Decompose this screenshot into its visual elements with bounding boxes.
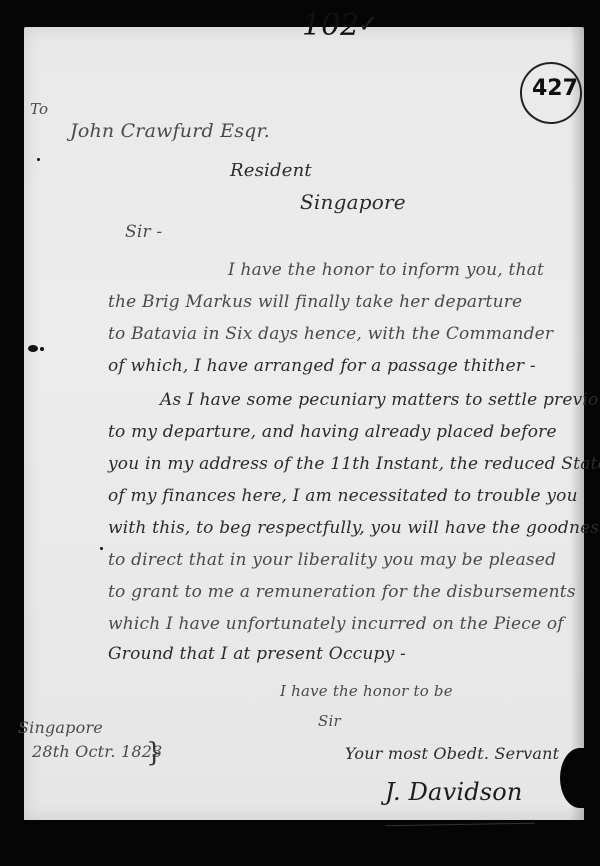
body-line-7: you in my address of the 11th Instant, t… xyxy=(108,454,600,474)
closing-line-2: Sir xyxy=(318,712,341,730)
signature: J. Davidson xyxy=(385,778,523,806)
body-line-10: to direct that in your liberality you ma… xyxy=(108,550,556,570)
recipient-title: Resident xyxy=(230,160,312,181)
page-clip-shadow xyxy=(560,748,600,808)
body-line-8: of my finances here, I am necessitated t… xyxy=(108,486,578,506)
ink-spot xyxy=(28,345,38,352)
body-line-5: As I have some pecuniary matters to sett… xyxy=(160,390,600,410)
closing-line-1: I have the honor to be xyxy=(280,682,453,700)
check-mark-icon: ✓ xyxy=(358,10,378,38)
recipient-name: John Crawfurd Esqr. xyxy=(70,120,270,142)
closing-line-3: Your most Obedt. Servant xyxy=(345,744,559,763)
recipient-place: Singapore xyxy=(300,190,406,214)
ink-spot xyxy=(40,347,44,351)
folio-number: 102 xyxy=(302,8,359,43)
letter-date: 28th Octr. 1823 xyxy=(32,742,162,761)
ink-spot xyxy=(100,547,103,550)
brace-mark: } xyxy=(146,738,163,768)
body-line-2: the Brig Markus will finally take her de… xyxy=(108,292,522,312)
archive-stamp-number: 427 xyxy=(532,76,578,101)
letter-place: Singapore xyxy=(18,718,103,737)
body-line-6: to my departure, and having already plac… xyxy=(108,422,557,442)
body-line-9: with this, to beg respectfully, you will… xyxy=(108,518,600,538)
body-line-3: to Batavia in Six days hence, with the C… xyxy=(108,324,553,344)
body-line-4: of which, I have arranged for a passage … xyxy=(108,356,536,376)
body-line-1: I have the honor to inform you, that xyxy=(228,260,544,280)
body-line-12: which I have unfortunately incurred on t… xyxy=(108,614,564,634)
body-line-13: Ground that I at present Occupy - xyxy=(108,644,406,664)
page-edge-shadow xyxy=(570,27,584,820)
body-line-11: to grant to me a remuneration for the di… xyxy=(108,582,576,602)
signature-underline xyxy=(385,823,535,827)
ink-spot xyxy=(37,158,40,161)
salutation-to: To xyxy=(30,100,48,118)
greeting: Sir - xyxy=(125,222,162,242)
